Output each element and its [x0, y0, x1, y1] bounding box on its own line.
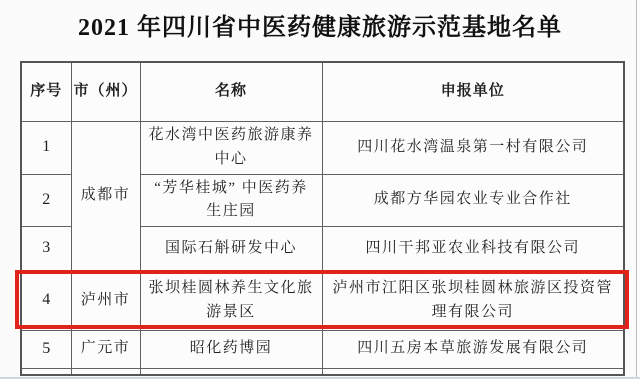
empty-cell	[21, 368, 71, 375]
table-header-row: 序号 市（州） 名称 申报单位	[21, 62, 624, 121]
row-no-cell: 1	[21, 121, 71, 174]
table-row: 1 成都市 花水湾中医药旅游康养中心 四川花水湾温泉第一村有限公司	[21, 121, 624, 174]
city-cell-luzhou: 泸州市	[71, 271, 140, 330]
row-no-cell: 4	[21, 271, 71, 330]
name-cell: “芳华桂城” 中医药养生庄园	[140, 174, 322, 226]
page-edge-line	[636, 0, 637, 379]
header-city: 市（州）	[71, 62, 140, 121]
table-row-highlighted: 4 泸州市 张坝桂圆林养生文化旅游景区 泸州市江阳区张坝桂圆林旅游区投资管理有限…	[21, 271, 624, 330]
header-unit: 申报单位	[322, 62, 624, 121]
unit-cell: 四川五房本草旅游发展有限公司	[322, 330, 624, 368]
base-list-table: 序号 市（州） 名称 申报单位 1 成都市 花水湾中医药旅游康养中心 四川花水湾…	[20, 61, 625, 376]
empty-cell	[140, 368, 322, 375]
row-no-cell: 2	[21, 174, 71, 226]
page-title: 2021 年四川省中医药健康旅游示范基地名单	[0, 7, 640, 42]
city-cell-chengdu: 成都市	[71, 121, 140, 271]
unit-cell: 泸州市江阳区张坝桂圆林旅游区投资管理有限公司	[322, 271, 624, 330]
unit-cell: 四川干邦亚农业科技有限公司	[322, 226, 624, 271]
row-no-cell: 5	[21, 330, 71, 368]
table-row-partial	[21, 368, 624, 375]
empty-cell	[322, 368, 624, 375]
city-cell-guangyuan: 广元市	[71, 330, 140, 368]
table-row: 5 广元市 昭化药博园 四川五房本草旅游发展有限公司	[21, 330, 624, 368]
name-cell: 张坝桂圆林养生文化旅游景区	[140, 271, 322, 330]
name-cell: 国际石斛研发中心	[140, 226, 322, 271]
name-cell: 花水湾中医药旅游康养中心	[140, 121, 322, 174]
header-name: 名称	[140, 62, 322, 121]
name-cell: 昭化药博园	[140, 330, 322, 368]
header-no: 序号	[21, 62, 71, 121]
document-page: 2021 年四川省中医药健康旅游示范基地名单 序号 市（州） 名称 申报单位 1…	[0, 0, 640, 379]
unit-cell: 成都方华园农业专业合作社	[322, 174, 624, 226]
unit-cell: 四川花水湾温泉第一村有限公司	[322, 121, 624, 174]
empty-cell	[71, 368, 140, 375]
row-no-cell: 3	[21, 226, 71, 271]
